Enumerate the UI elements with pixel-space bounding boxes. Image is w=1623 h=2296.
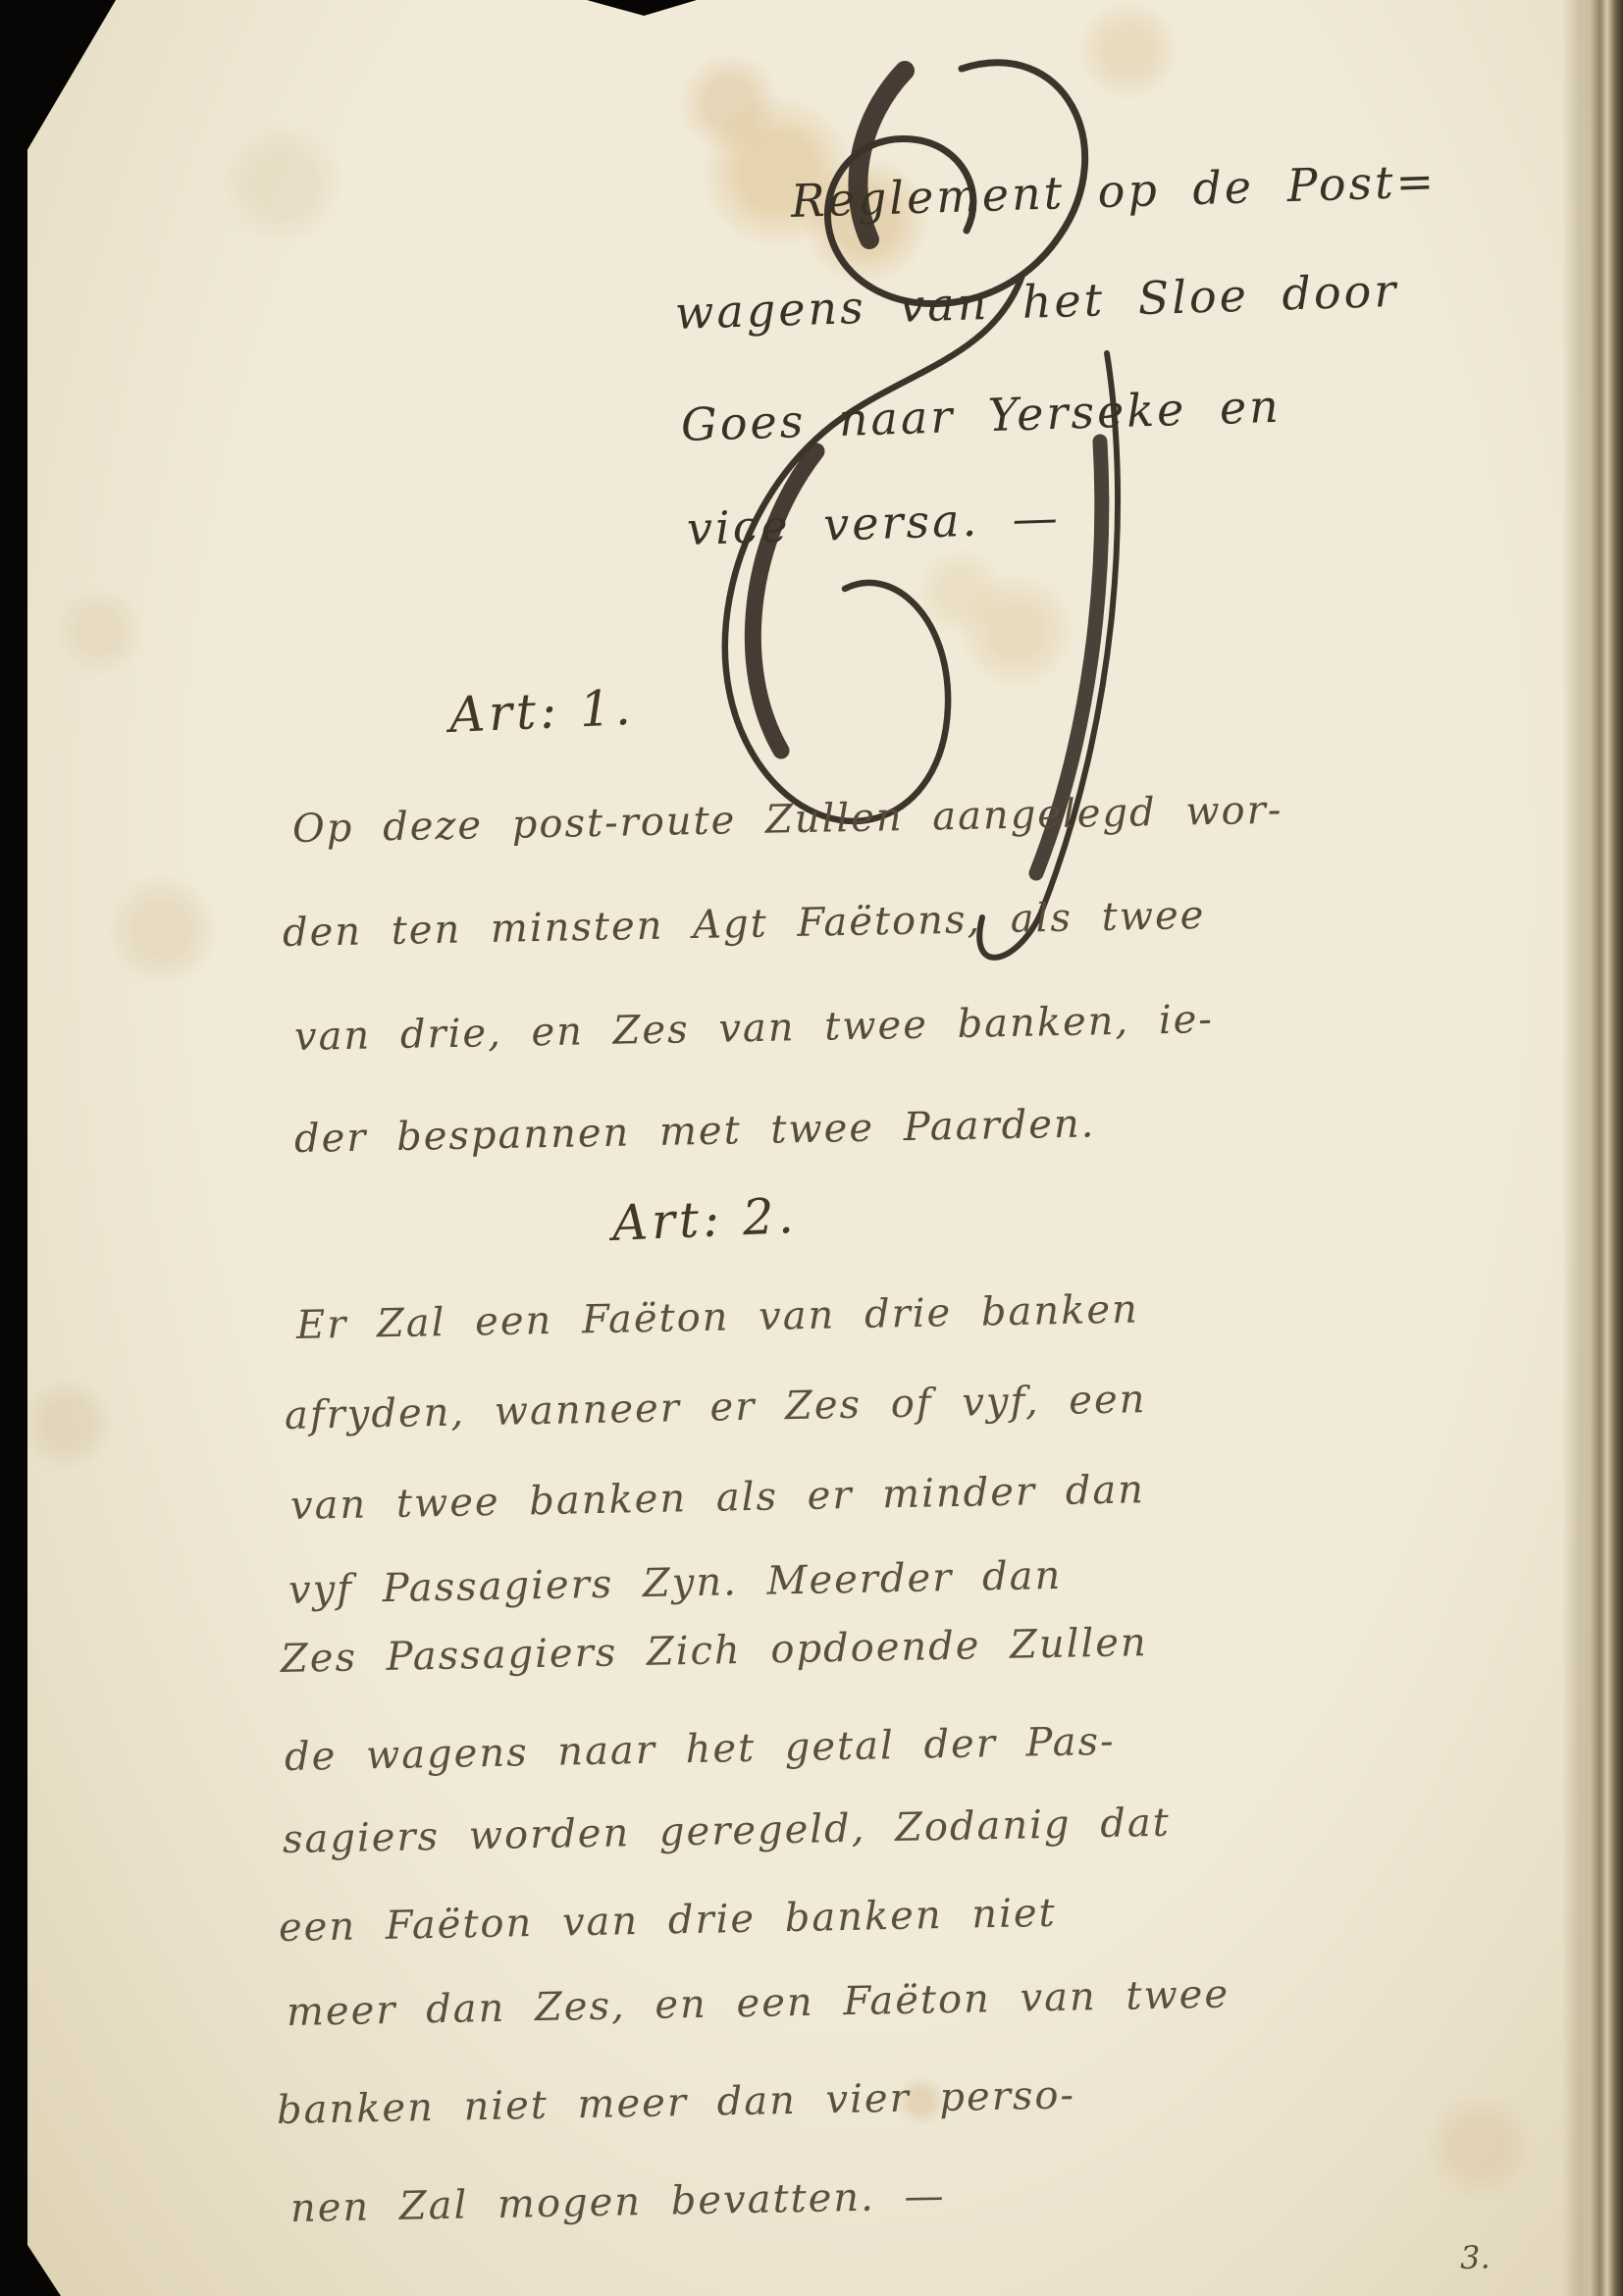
book-page-edge xyxy=(1562,0,1623,2296)
article-1-heading: Art: 1. xyxy=(448,679,636,744)
page-number: 3. xyxy=(1460,2238,1491,2276)
scanned-manuscript-page: { "title": { "line1": "Reglement op de P… xyxy=(0,0,1623,2296)
article-2-heading: Art: 2. xyxy=(611,1187,799,1252)
